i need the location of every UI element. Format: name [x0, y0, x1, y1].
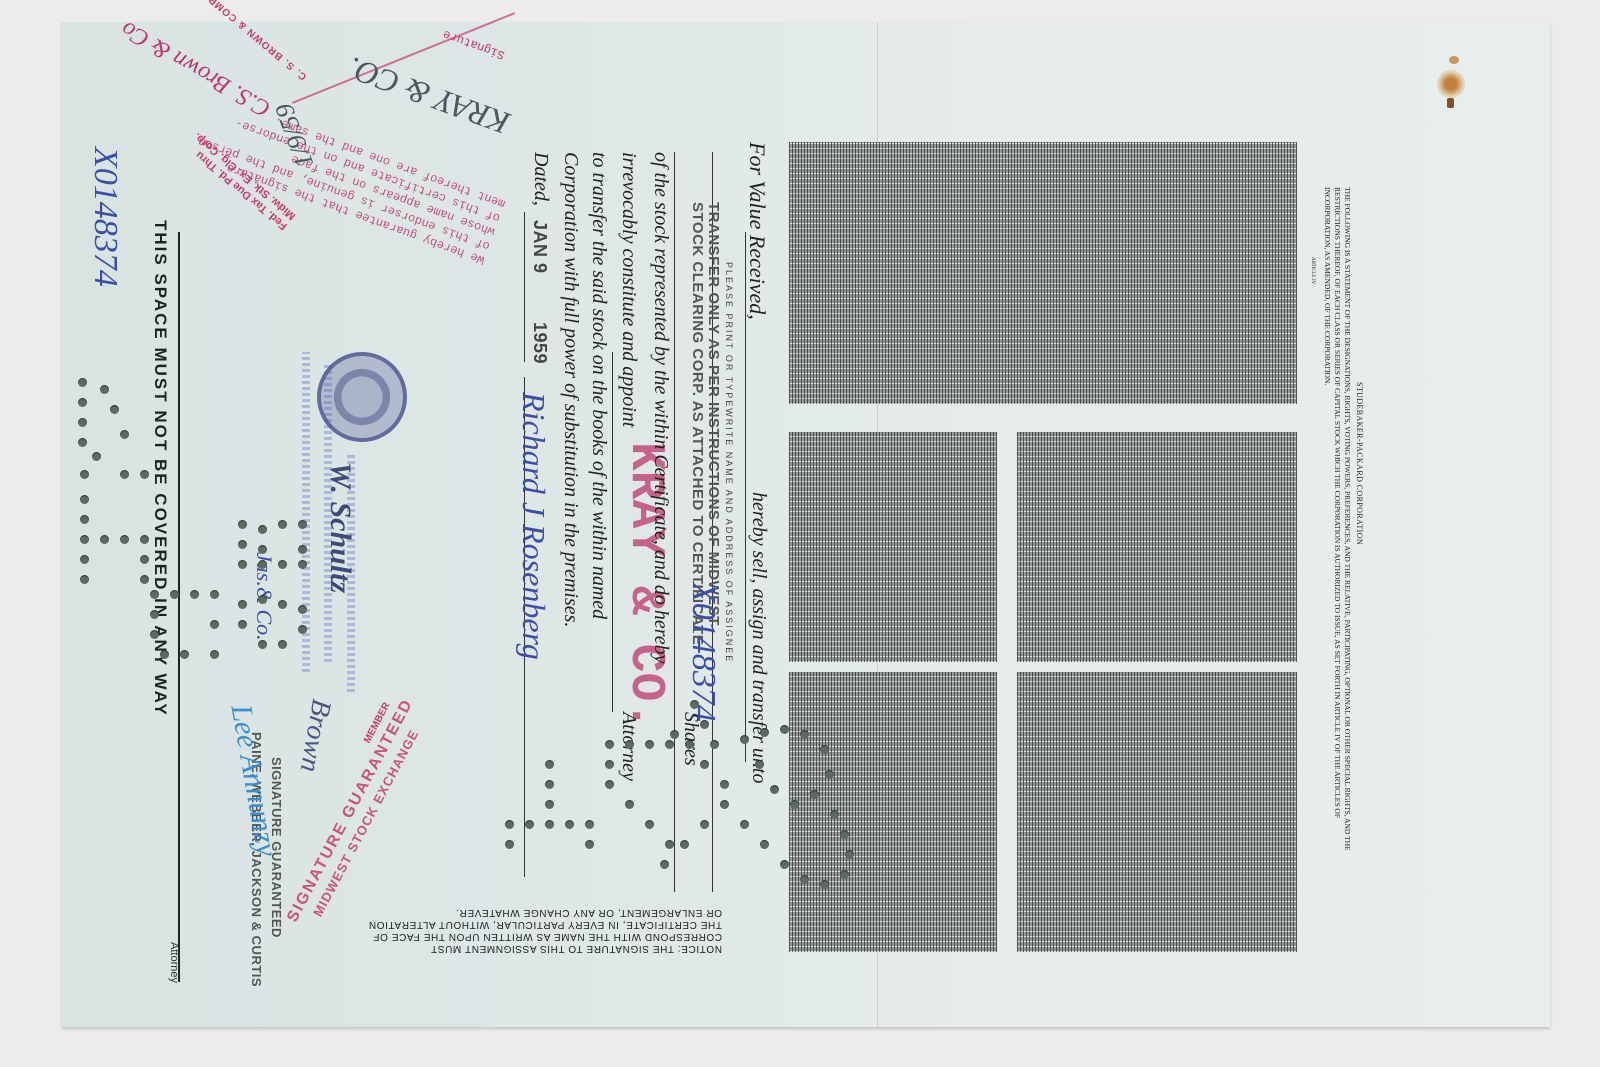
punch-hole — [840, 870, 849, 879]
punch-hole — [80, 555, 89, 564]
punch-hole — [100, 385, 109, 394]
fine-print-block-bottom — [789, 672, 1297, 952]
punch-hole — [760, 728, 769, 737]
punch-hole — [210, 620, 219, 629]
punch-hole — [92, 452, 101, 461]
punch-hole — [740, 820, 749, 829]
punch-hole — [545, 780, 554, 789]
notice-line-1: NOTICE: THE SIGNATURE TO THIS ASSIGNMENT… — [368, 942, 722, 954]
shares-label: Shares — [679, 712, 702, 766]
for-value-received: For Value Received, — [744, 142, 770, 320]
punch-hole — [238, 600, 247, 609]
punch-hole — [585, 840, 594, 849]
punch-hole — [238, 620, 247, 629]
punch-hole — [170, 590, 179, 599]
punch-hole — [278, 640, 287, 649]
punch-hole — [625, 740, 634, 749]
assignor-signature: Richard J Rosenberg — [515, 392, 552, 660]
midwest-signature: Brown — [293, 696, 337, 774]
punch-hole — [190, 590, 199, 599]
statement-line-1: THE FOLLOWING IS A STATEMENT OF THE DESI… — [1342, 187, 1352, 851]
punch-hole — [665, 740, 674, 749]
body-line-1: of the stock represented by the within C… — [649, 152, 672, 664]
punch-hole — [605, 760, 614, 769]
punch-hole — [80, 495, 89, 504]
punch-hole — [278, 520, 287, 529]
notice-line-4: OR ENLARGEMENT, OR ANY CHANGE WHATEVER. — [368, 906, 722, 918]
punch-hole — [545, 820, 554, 829]
punch-hole — [140, 470, 149, 479]
punch-hole — [845, 850, 854, 859]
punch-hole — [210, 650, 219, 659]
company-header: STUDEBAKER-PACKARD CORPORATION — [1355, 382, 1364, 545]
punch-hole — [120, 535, 129, 544]
punch-hole — [700, 820, 709, 829]
punch-hole — [258, 560, 267, 569]
punch-hole — [80, 470, 89, 479]
punch-hole — [800, 730, 809, 739]
punch-hole — [825, 770, 834, 779]
transfer-instruction-1: TRANSFER ONLY AS PER INSTRUCTIONS OF MID… — [705, 202, 722, 626]
notice-line-2: CORRESPOND WITH THE NAME AS WRITTEN UPON… — [368, 930, 722, 942]
notice-line-3: THE CERTIFICATE, IN EVERY PARTICULAR, WI… — [368, 918, 722, 930]
dated-label: Dated, — [529, 152, 552, 206]
punch-hole — [80, 535, 89, 544]
rust-stain — [1447, 98, 1454, 108]
punch-hole — [78, 438, 87, 447]
punch-hole — [78, 378, 87, 387]
punch-hole — [525, 820, 534, 829]
punch-hole — [140, 575, 149, 584]
punch-hole — [210, 590, 219, 599]
article-label: ARTICLE IV — [1307, 257, 1317, 284]
punch-hole — [150, 630, 159, 639]
fine-print-gap — [997, 667, 1017, 957]
transfer-instruction-2: STOCK CLEARING CORP. AS ATTACHED TO CERT… — [689, 202, 706, 645]
punch-hole — [120, 430, 129, 439]
punch-hole — [258, 545, 267, 554]
punch-hole — [298, 520, 307, 529]
punch-hole — [665, 840, 674, 849]
body-line-2: irrevocably constitute and appoint — [617, 152, 640, 427]
punch-hole — [180, 650, 189, 659]
punch-hole — [505, 840, 514, 849]
punch-hole — [78, 398, 87, 407]
rust-stain — [1449, 56, 1459, 64]
punch-hole — [505, 820, 514, 829]
punch-hole — [298, 625, 307, 634]
margin-attorney-label: Attorney — [168, 942, 180, 983]
punch-hole — [545, 760, 554, 769]
punch-hole — [298, 605, 307, 614]
seal-signature: W. Schultz — [323, 462, 357, 593]
fine-print-block-middle — [789, 432, 1297, 662]
punch-hole — [690, 700, 699, 709]
punch-hole — [700, 760, 709, 769]
body-line-4: Corporation with full power of substitut… — [559, 152, 582, 627]
punch-hole — [150, 610, 159, 619]
punch-hole — [605, 740, 614, 749]
punch-hole — [78, 418, 87, 427]
shares-line — [674, 152, 675, 892]
statement-line-3: INCORPORATION, AS AMENDED, OF THE CORPOR… — [1322, 187, 1332, 385]
print-instruction: PLEASE PRINT OR TYPEWRITE NAME AND ADDRE… — [724, 262, 734, 663]
punch-hole — [700, 720, 709, 729]
rust-stain — [1437, 70, 1465, 98]
fine-print-gap — [997, 427, 1017, 667]
margin-warning: THIS SPACE MUST NOT BE COVERED IN ANY WA… — [150, 220, 170, 717]
date-value: JAN 9 — [529, 220, 550, 274]
attorney-line — [612, 352, 613, 712]
punch-hole — [755, 760, 764, 769]
stock-certificate-back: STUDEBAKER-PACKARD CORPORATION THE FOLLO… — [62, 22, 1550, 1027]
punch-hole — [820, 880, 829, 889]
punch-hole — [80, 515, 89, 524]
punch-hole — [150, 590, 159, 599]
handwritten-shares-number: X0148374 — [684, 582, 722, 722]
notary-seal — [317, 352, 407, 442]
notice-block: NOTICE: THE SIGNATURE TO THIS ASSIGNMENT… — [368, 906, 722, 954]
punch-hole — [670, 730, 679, 739]
punch-hole — [605, 780, 614, 789]
punch-hole — [258, 640, 267, 649]
punch-hole — [258, 595, 267, 604]
punch-hole — [710, 740, 719, 749]
punch-hole — [810, 790, 819, 799]
punch-hole — [100, 535, 109, 544]
punch-hole — [770, 785, 779, 794]
punch-hole — [645, 740, 654, 749]
punch-hole — [140, 535, 149, 544]
signature-label: Signature — [441, 27, 507, 62]
punch-hole — [780, 860, 789, 869]
punch-hole — [720, 800, 729, 809]
punch-hole — [660, 860, 669, 869]
assignee-line — [745, 232, 746, 762]
punch-hole — [840, 830, 849, 839]
punch-hole — [685, 740, 694, 749]
punch-hole — [238, 520, 247, 529]
guarantor-signature: KRAY & CO. — [342, 49, 514, 142]
punch-hole — [830, 810, 839, 819]
statement-line-2: RESTRICTIONS THEREOF, OF EACH CLASS OR S… — [1332, 187, 1342, 818]
punch-hole — [760, 840, 769, 849]
punch-hole — [278, 560, 287, 569]
blue-stamp-text — [302, 352, 310, 672]
body-line-3: to transfer the said stock on the books … — [587, 152, 610, 619]
year-value: 1959 — [529, 322, 550, 364]
punch-hole — [585, 820, 594, 829]
punch-hole — [278, 600, 287, 609]
punch-hole — [680, 840, 689, 849]
punch-hole — [780, 725, 789, 734]
punch-hole — [820, 745, 829, 754]
punch-hole — [140, 555, 149, 564]
punch-hole — [120, 470, 129, 479]
punch-hole — [298, 560, 307, 569]
punch-hole — [720, 780, 729, 789]
punch-hole — [160, 650, 169, 659]
punch-hole — [645, 820, 654, 829]
punch-hole — [740, 735, 749, 744]
hereby-sell-text: hereby sell, assign and transfer unto — [747, 492, 770, 783]
punch-hole — [258, 525, 267, 534]
punch-hole — [238, 560, 247, 569]
punch-hole — [298, 545, 307, 554]
punch-hole — [110, 405, 119, 414]
punch-hole — [800, 875, 809, 884]
punch-hole — [545, 800, 554, 809]
date-line — [524, 212, 525, 362]
margin-handwritten-number: X0148374 — [86, 147, 124, 287]
fine-print-block-top — [789, 142, 1297, 404]
punch-hole — [790, 800, 799, 809]
punch-hole — [80, 575, 89, 584]
punch-hole — [238, 540, 247, 549]
punch-hole — [565, 820, 574, 829]
margin-rule — [178, 232, 180, 982]
punch-hole — [625, 800, 634, 809]
